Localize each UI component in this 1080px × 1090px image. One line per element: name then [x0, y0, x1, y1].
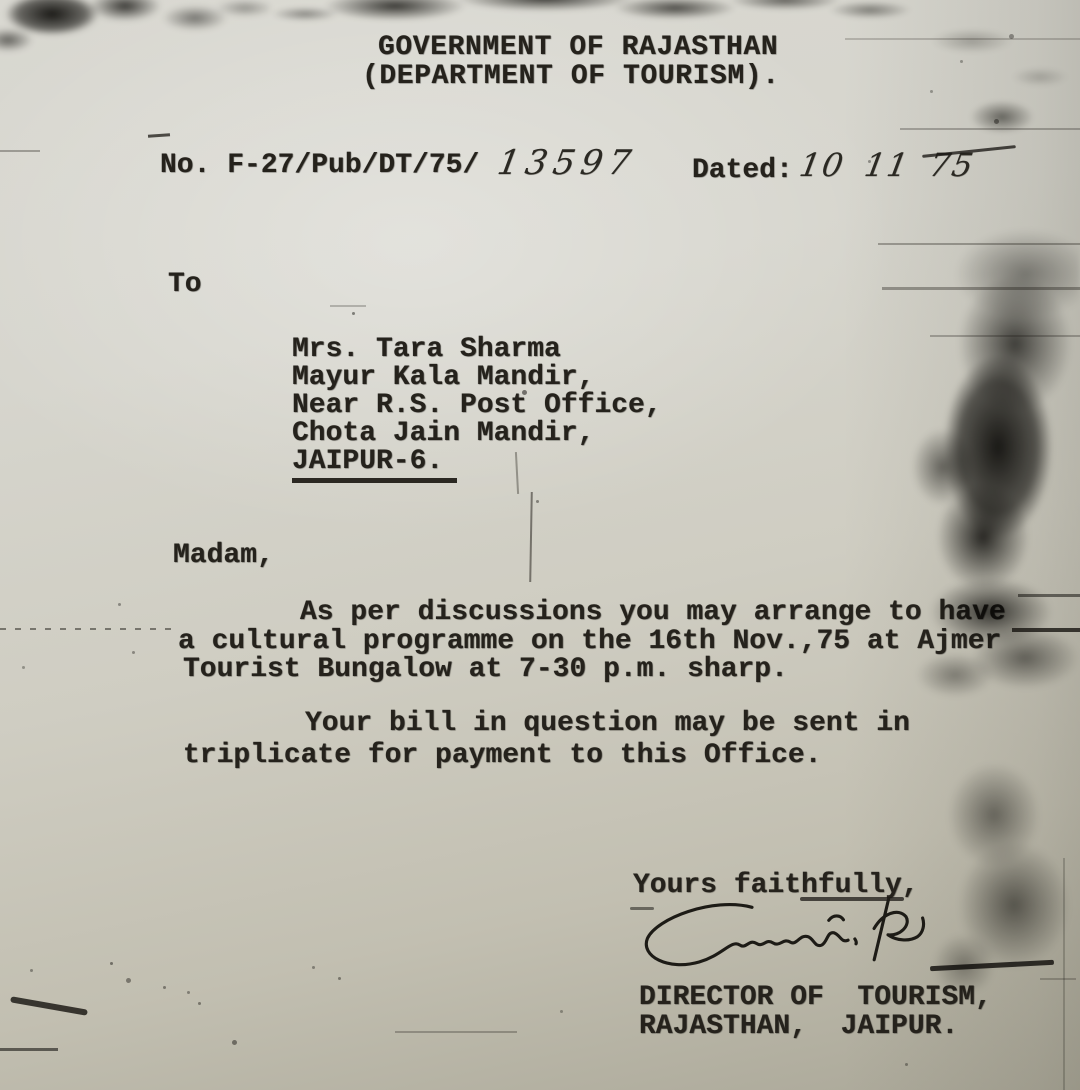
scan-streak [0, 150, 40, 152]
pen-dash-bottom-left [10, 996, 88, 1015]
scan-streak [395, 1031, 517, 1033]
body-paragraph-2-line-2: triplicate for payment to this Office. [183, 742, 822, 770]
signoff-title-line2: RAJASTHAN, JAIPUR. [639, 1013, 958, 1041]
scan-streak [845, 38, 1080, 40]
org-name-line1: GOVERNMENT OF RAJASTHAN [378, 34, 778, 62]
fold-crease-center [529, 492, 533, 582]
body-paragraph-2-line-1: Your bill in question may be sent in [305, 710, 910, 738]
scan-streak [0, 1048, 58, 1051]
scan-streak [900, 128, 1080, 130]
org-name-line2: (DEPARTMENT OF TOURISM). [362, 63, 780, 91]
to-label: To [168, 271, 202, 299]
scan-streak [148, 133, 170, 138]
scan-streak [1040, 978, 1076, 980]
body-paragraph-1-line-1: As per discussions you may arrange to ha… [300, 599, 1006, 627]
ink-smudge-right-main [903, 212, 1080, 617]
body-paragraph-1-line-2: a cultural programme on the 16th Nov.,75… [178, 628, 1001, 656]
reference-number-label: No. F-27/Pub/DT/75/ [160, 152, 479, 180]
ink-smudge-top-left [0, 0, 270, 70]
recipient-address-line: Mayur Kala Mandir, [292, 364, 594, 392]
scan-streak-dotted [0, 628, 178, 630]
scan-streak [882, 287, 1080, 290]
signoff-title-line1: DIRECTOR OF TOURISM, [639, 984, 992, 1012]
recipient-address-line: Chota Jain Mandir, [292, 420, 594, 448]
pen-mark-near-address [515, 452, 519, 494]
fold-crease-right [1063, 858, 1065, 1090]
scan-streak [878, 243, 1080, 245]
salutation: Madam, [173, 542, 274, 570]
dated-label: Dated: [692, 157, 793, 185]
scan-streak [930, 335, 1080, 337]
paper-speck-cluster [0, 0, 3, 3]
ink-smudge-top-right [880, 5, 1080, 145]
scan-streak [1012, 628, 1080, 632]
recipient-city-underlined: JAIPUR-6. [292, 448, 457, 483]
signature-scrawl-icon [633, 886, 966, 985]
recipient-name: Mrs. Tara Sharma [292, 336, 561, 364]
ink-smudge-top-center [245, 0, 935, 36]
scan-streak [330, 305, 366, 307]
scan-streak [1018, 594, 1080, 597]
reference-number-handwritten: 13597 [494, 143, 639, 183]
scanned-letter-page: GOVERNMENT OF RAJASTHAN (DEPARTMENT OF T… [0, 0, 1080, 1090]
body-paragraph-1-line-3: Tourist Bungalow at 7-30 p.m. sharp. [183, 656, 788, 684]
recipient-address-line: Near R.S. Post Office, [292, 392, 662, 420]
